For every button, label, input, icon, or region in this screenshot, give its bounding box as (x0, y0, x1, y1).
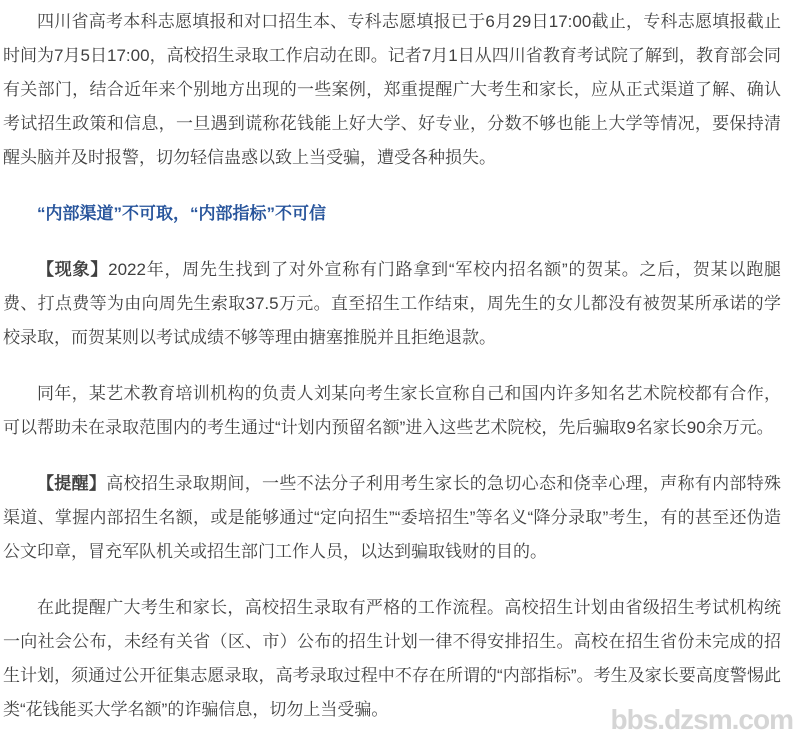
case-label: 【现象】 (37, 260, 108, 279)
article-body: 四川省高考本科志愿填报和对口招生本、专科志愿填报已于6月29日17:00截止，专… (0, 0, 795, 727)
case-1-text: 2022年，周先生找到了对外宣称有门路拿到“军校内招名额”的贺某。之后，贺某以跑… (3, 260, 781, 347)
paragraph-intro: 四川省高考本科志愿填报和对口招生本、专科志愿填报已于6月29日17:00截止，专… (3, 5, 781, 175)
site-watermark: bbs.dzsm.com (611, 704, 793, 734)
page: { "theme": { "page_bg": "#ffffff", "text… (0, 0, 795, 734)
section-heading: “内部渠道”不可取，“内部指标”不可信 (3, 197, 781, 231)
paragraph-case-1: 【现象】2022年，周先生找到了对外宣称有门路拿到“军校内招名额”的贺某。之后，… (3, 253, 781, 355)
paragraph-case-2: 同年，某艺术教育培训机构的负责人刘某向考生家长宣称自己和国内许多知名艺术院校都有… (3, 377, 781, 445)
reminder-text: 高校招生录取期间，一些不法分子利用考生家长的急切心态和侥幸心理，声称有内部特殊渠… (3, 474, 781, 561)
paragraph-reminder: 【提醒】高校招生录取期间，一些不法分子利用考生家长的急切心态和侥幸心理，声称有内… (3, 467, 781, 569)
reminder-label: 【提醒】 (37, 474, 106, 493)
